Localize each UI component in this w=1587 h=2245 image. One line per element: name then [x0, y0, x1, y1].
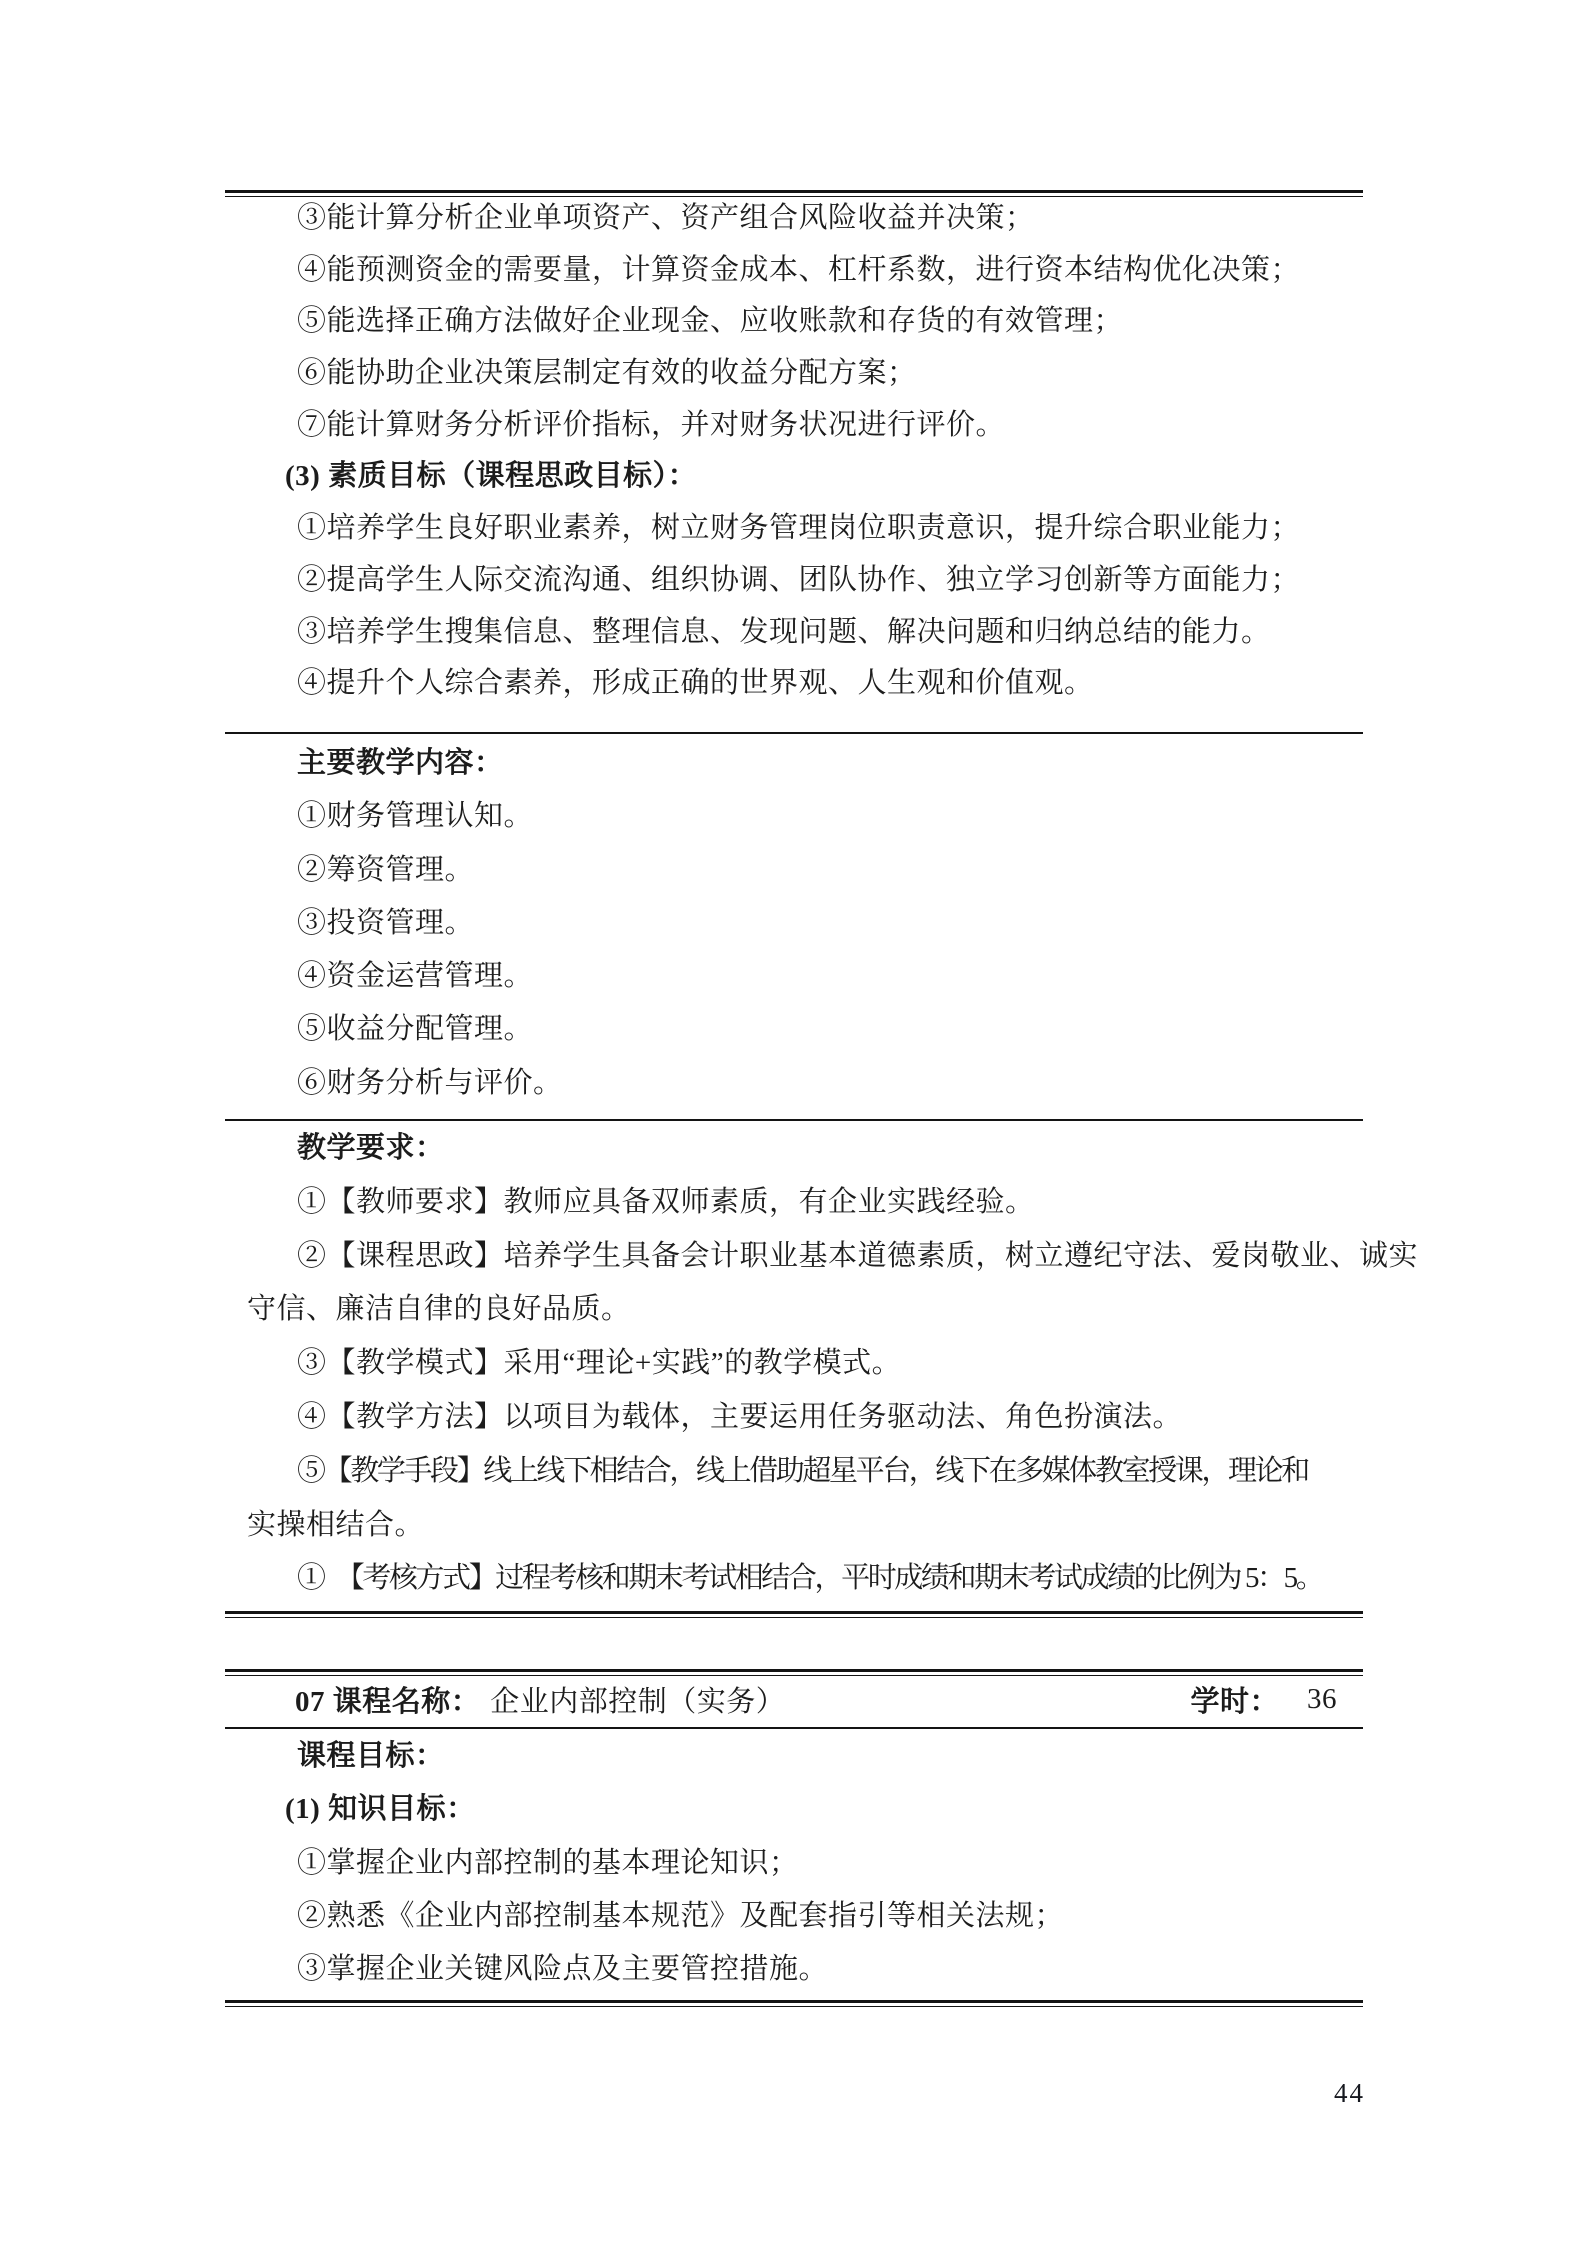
table-border-single-rule — [225, 1119, 1363, 1121]
teaching-requirement-continuation: 实操相结合。 — [225, 1499, 1363, 1553]
assessment-method-item: ① 【考核方式】过程考核和期末考试相结合，平时成绩和期末考试成绩的比例为 5：5… — [225, 1552, 1363, 1606]
teaching-requirement-item: ②【课程思政】培养学生具备会计职业基本道德素质，树立遵纪守法、爱岗敬业、诚实 — [225, 1230, 1363, 1284]
knowledge-goals-heading: (1) 知识目标： — [225, 1783, 1363, 1836]
teaching-requirement-continuation: 守信、廉洁自律的良好品质。 — [225, 1283, 1363, 1337]
ability-goal-item: ⑦能计算财务分析评价指标，并对财务状况进行评价。 — [225, 400, 1363, 452]
course-block-divider-double-rule — [225, 1611, 1363, 1618]
teaching-content-item: ③投资管理。 — [225, 897, 1363, 950]
course-number-label: 07 课程名称： — [295, 1679, 480, 1720]
ability-goal-item: ③能计算分析企业单项资产、资产组合风险收益并决策； — [225, 193, 1363, 245]
table-border-single-rule — [225, 1727, 1363, 1729]
course-block-end-double-rule — [225, 2000, 1363, 2007]
page-number: 44 — [1334, 2078, 1365, 2109]
knowledge-goal-item: ①掌握企业内部控制的基本理论知识； — [225, 1837, 1363, 1890]
quality-goal-item: ②提高学生人际交流沟通、组织协调、团队协作、独立学习创新等方面能力； — [225, 555, 1363, 607]
knowledge-goal-item: ③掌握企业关键风险点及主要管控措施。 — [225, 1943, 1363, 1996]
knowledge-goal-item: ②熟悉《企业内部控制基本规范》及配套指引等相关法规； — [225, 1890, 1363, 1943]
course-goals-heading: 课程目标： — [225, 1730, 1363, 1783]
course-hours-label: 学时： — [1190, 1679, 1279, 1720]
teaching-requirement-item: ①【教师要求】教师应具备双师素质，有企业实践经验。 — [225, 1176, 1363, 1230]
quality-goal-item: ④提升个人综合素养，形成正确的世界观、人生观和价值观。 — [225, 658, 1363, 710]
teaching-content-item: ⑤收益分配管理。 — [225, 1003, 1363, 1056]
teaching-requirements-heading: 教学要求： — [225, 1122, 1363, 1176]
ability-goal-item: ⑤能选择正确方法做好企业现金、应收账款和存货的有效管理； — [225, 296, 1363, 348]
teaching-requirement-item: ④【教学方法】以项目为载体，主要运用任务驱动法、角色扮演法。 — [225, 1391, 1363, 1445]
course-hours-value: 36 — [1307, 1683, 1337, 1716]
teaching-requirement-item: ⑤【教学手段】线上线下相结合，线上借助超星平台，线下在多媒体教室授课，理论和 — [225, 1445, 1363, 1499]
teaching-requirement-item: ③【教学模式】采用“理论+实践”的教学模式。 — [225, 1337, 1363, 1391]
teaching-content-section: 主要教学内容： ①财务管理认知。 ②筹资管理。 ③投资管理。 ④资金运营管理。 … — [225, 737, 1363, 1110]
quality-goal-item: ①培养学生良好职业素养，树立财务管理岗位职责意识，提升综合职业能力； — [225, 503, 1363, 555]
ability-goals-section: ③能计算分析企业单项资产、资产组合风险收益并决策； ④能预测资金的需要量，计算资… — [225, 193, 1363, 710]
table-border-single-rule — [225, 732, 1363, 734]
course-goals-section: 课程目标： (1) 知识目标： ①掌握企业内部控制的基本理论知识； ②熟悉《企业… — [225, 1730, 1363, 1996]
teaching-content-heading: 主要教学内容： — [225, 737, 1363, 790]
teaching-content-item: ④资金运营管理。 — [225, 950, 1363, 1003]
course-header-row: 07 课程名称： 企业内部控制（实务） 学时： 36 — [225, 1672, 1363, 1727]
ability-goal-item: ⑥能协助企业决策层制定有效的收益分配方案； — [225, 348, 1363, 400]
course-title: 企业内部控制（实务） — [490, 1679, 785, 1720]
teaching-content-item: ⑥财务分析与评价。 — [225, 1057, 1363, 1110]
document-page: ③能计算分析企业单项资产、资产组合风险收益并决策； ④能预测资金的需要量，计算资… — [0, 0, 1587, 2245]
quality-goal-item: ③培养学生搜集信息、整理信息、发现问题、解决问题和归纳总结的能力。 — [225, 607, 1363, 659]
teaching-content-item: ①财务管理认知。 — [225, 790, 1363, 843]
quality-goals-heading: (3) 素质目标（课程思政目标）： — [225, 451, 1363, 503]
teaching-content-item: ②筹资管理。 — [225, 844, 1363, 897]
teaching-requirements-section: 教学要求： ①【教师要求】教师应具备双师素质，有企业实践经验。 ②【课程思政】培… — [225, 1122, 1363, 1606]
ability-goal-item: ④能预测资金的需要量，计算资金成本、杠杆系数，进行资本结构优化决策； — [225, 245, 1363, 297]
